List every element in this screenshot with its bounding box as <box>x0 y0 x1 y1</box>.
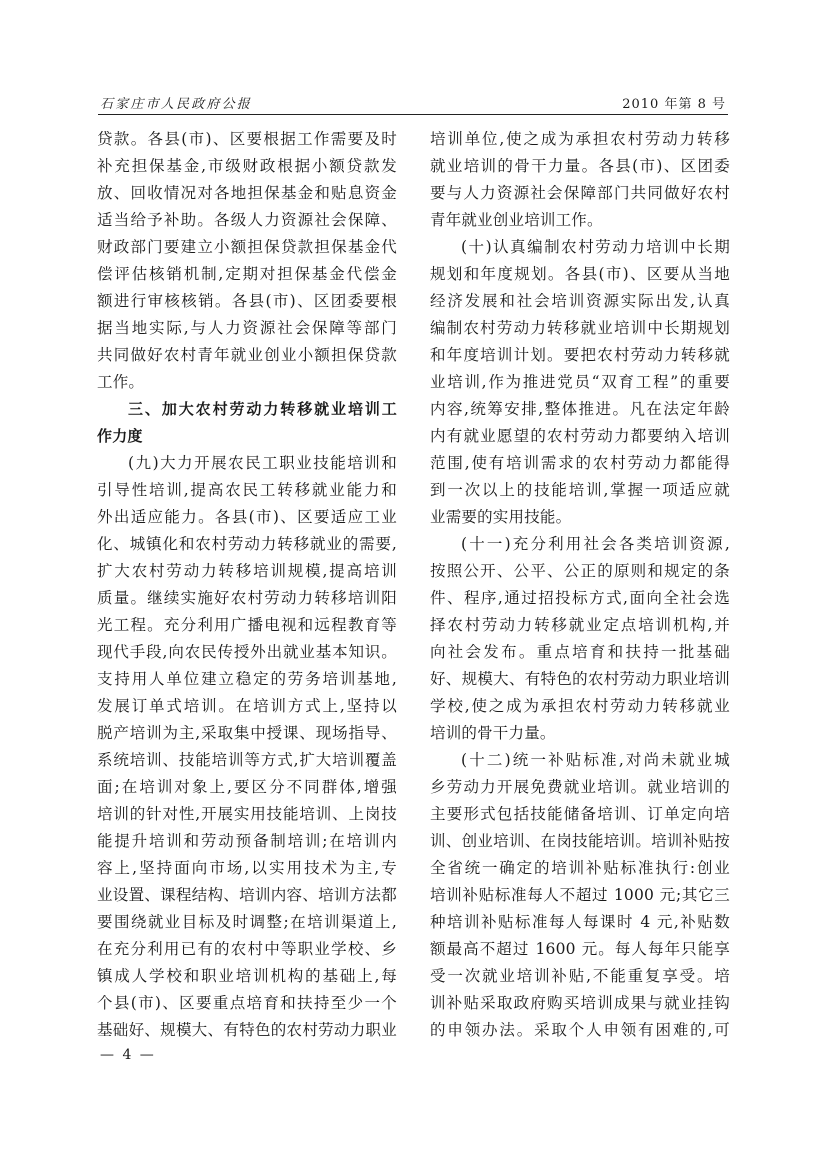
page-number: — 4 — <box>100 1047 156 1063</box>
right-column: 培训单位,使之成为承担农村劳动力转移就业培训的骨干力量。各县(市)、区团委要与人… <box>430 126 730 1044</box>
text-line: 规划和年度规划。各县(市)、区要从当地 <box>430 261 730 288</box>
text-line: 受一次就业培训补贴,不能重复享受。培 <box>430 963 730 990</box>
text-line: 能提升培训和劳动预备制培训;在培训内 <box>97 828 397 855</box>
text-line: 件、程序,通过招投标方式,面向全社会选 <box>430 585 730 612</box>
text-line: (十)认真编制农村劳动力培训中长期 <box>430 234 730 261</box>
text-line: 质量。继续实施好农村劳动力转移培训阳 <box>97 585 397 612</box>
text-line: 和年度培训计划。要把农村劳动力转移就 <box>430 342 730 369</box>
text-line: 青年就业创业培训工作。 <box>430 207 730 234</box>
text-line: 额最高不超过 1600 元。每人每年只能享 <box>430 936 730 963</box>
text-line: 要与人力资源社会保障部门共同做好农村 <box>430 180 730 207</box>
header-rule <box>98 114 728 115</box>
text-line: 主要形式包括技能储备培训、订单定向培 <box>430 801 730 828</box>
text-line: 经济发展和社会培训资源实际出发,认真 <box>430 288 730 315</box>
text-line: 在充分利用已有的农村中等职业学校、乡 <box>97 936 397 963</box>
section-heading-line: 作力度 <box>97 423 397 450</box>
text-line: 引导性培训,提高农民工转移就业能力和 <box>97 477 397 504</box>
text-line: 内有就业愿望的农村劳动力都要纳入培训 <box>430 423 730 450</box>
text-line: 学校,使之成为承担农村劳动力转移就业 <box>430 693 730 720</box>
text-line: 脱产培训为主,采取集中授课、现场指导、 <box>97 720 397 747</box>
text-line: 个县(市)、区要重点培育和扶持至少一个 <box>97 990 397 1017</box>
text-line: (十二)统一补贴标准,对尚未就业城 <box>430 747 730 774</box>
text-line: 业需要的实用技能。 <box>430 504 730 531</box>
text-line: 要围绕就业目标及时调整;在培训渠道上, <box>97 909 397 936</box>
text-line: 发展订单式培训。在培训方式上,坚持以 <box>97 693 397 720</box>
text-line: 镇成人学校和职业培训机构的基础上,每 <box>97 963 397 990</box>
text-line: 工作。 <box>97 369 397 396</box>
text-line: (十一)充分利用社会各类培训资源, <box>430 531 730 558</box>
text-line: 培训的针对性,开展实用技能培训、上岗技 <box>97 801 397 828</box>
text-line: 训补贴采取政府购买培训成果与就业挂钩 <box>430 990 730 1017</box>
text-line: 训、创业培训、在岗技能培训。培训补贴按 <box>430 828 730 855</box>
text-line: 财政部门要建立小额担保贷款担保基金代 <box>97 234 397 261</box>
text-line: 共同做好农村青年就业创业小额担保贷款 <box>97 342 397 369</box>
text-line: 种培训补贴标准每人每课时 4 元,补贴数 <box>430 909 730 936</box>
text-line: 好、规模大、有特色的农村劳动力职业培训 <box>430 666 730 693</box>
text-line: 业培训,作为推进党员“双育工程”的重要 <box>430 369 730 396</box>
text-line: 现代手段,向农民传授外出就业基本知识。 <box>97 639 397 666</box>
text-line: 支持用人单位建立稳定的劳务培训基地, <box>97 666 397 693</box>
text-line: 向社会发布。重点培育和扶持一批基础 <box>430 639 730 666</box>
text-line: 扩大农村劳动力转移培训规模,提高培训 <box>97 558 397 585</box>
text-line: 额进行审核核销。各县(市)、区团委要根 <box>97 288 397 315</box>
text-line: 乡劳动力开展免费就业培训。就业培训的 <box>430 774 730 801</box>
text-line: 基础好、规模大、有特色的农村劳动力职业 <box>97 1017 397 1044</box>
text-line: 按照公开、公平、公正的原则和规定的条 <box>430 558 730 585</box>
text-line: 范围,使有培训需求的农村劳动力都能得 <box>430 450 730 477</box>
text-line: 放、回收情况对各地担保基金和贴息资金 <box>97 180 397 207</box>
text-line: 就业培训的骨干力量。各县(市)、区团委 <box>430 153 730 180</box>
running-header: 石家庄市人民政府公报 2010 年第 8 号 <box>98 93 728 113</box>
text-line: 培训补贴标准每人不超过 1000 元;其它三 <box>430 882 730 909</box>
text-line: 培训的骨干力量。 <box>430 720 730 747</box>
issue-number: 2010 年第 8 号 <box>622 93 726 112</box>
text-line: 到一次以上的技能培训,掌握一项适应就 <box>430 477 730 504</box>
text-line: 化、城镇化和农村劳动力转移就业的需要, <box>97 531 397 558</box>
text-line: 偿评估核销机制,定期对担保基金代偿金 <box>97 261 397 288</box>
text-line: (九)大力开展农民工职业技能培训和 <box>97 450 397 477</box>
text-line: 系统培训、技能培训等方式,扩大培训覆盖 <box>97 747 397 774</box>
text-line: 据当地实际,与人力资源社会保障等部门 <box>97 315 397 342</box>
text-line: 光工程。充分利用广播电视和远程教育等 <box>97 612 397 639</box>
text-line: 外出适应能力。各县(市)、区要适应工业 <box>97 504 397 531</box>
text-line: 择农村劳动力转移就业定点培训机构,并 <box>430 612 730 639</box>
text-line: 培训单位,使之成为承担农村劳动力转移 <box>430 126 730 153</box>
text-line: 全省统一确定的培训补贴标准执行:创业 <box>430 855 730 882</box>
text-line: 适当给予补助。各级人力资源社会保障、 <box>97 207 397 234</box>
text-line: 补充担保基金,市级财政根据小额贷款发 <box>97 153 397 180</box>
section-heading-line: 三、加大农村劳动力转移就业培训工 <box>97 396 397 423</box>
text-line: 业设置、课程结构、培训内容、培训方法都 <box>97 882 397 909</box>
text-line: 容上,坚持面向市场,以实用技术为主,专 <box>97 855 397 882</box>
text-line: 编制农村劳动力转移就业培训中长期规划 <box>430 315 730 342</box>
text-line: 的申领办法。采取个人申领有困难的,可 <box>430 1017 730 1044</box>
text-line: 贷款。各县(市)、区要根据工作需要及时 <box>97 126 397 153</box>
publication-title: 石家庄市人民政府公报 <box>100 93 252 112</box>
left-column: 贷款。各县(市)、区要根据工作需要及时补充担保基金,市级财政根据小额贷款发放、回… <box>97 126 397 1044</box>
text-line: 面;在培训对象上,要区分不同群体,增强 <box>97 774 397 801</box>
text-line: 内容,统筹安排,整体推进。凡在法定年龄 <box>430 396 730 423</box>
